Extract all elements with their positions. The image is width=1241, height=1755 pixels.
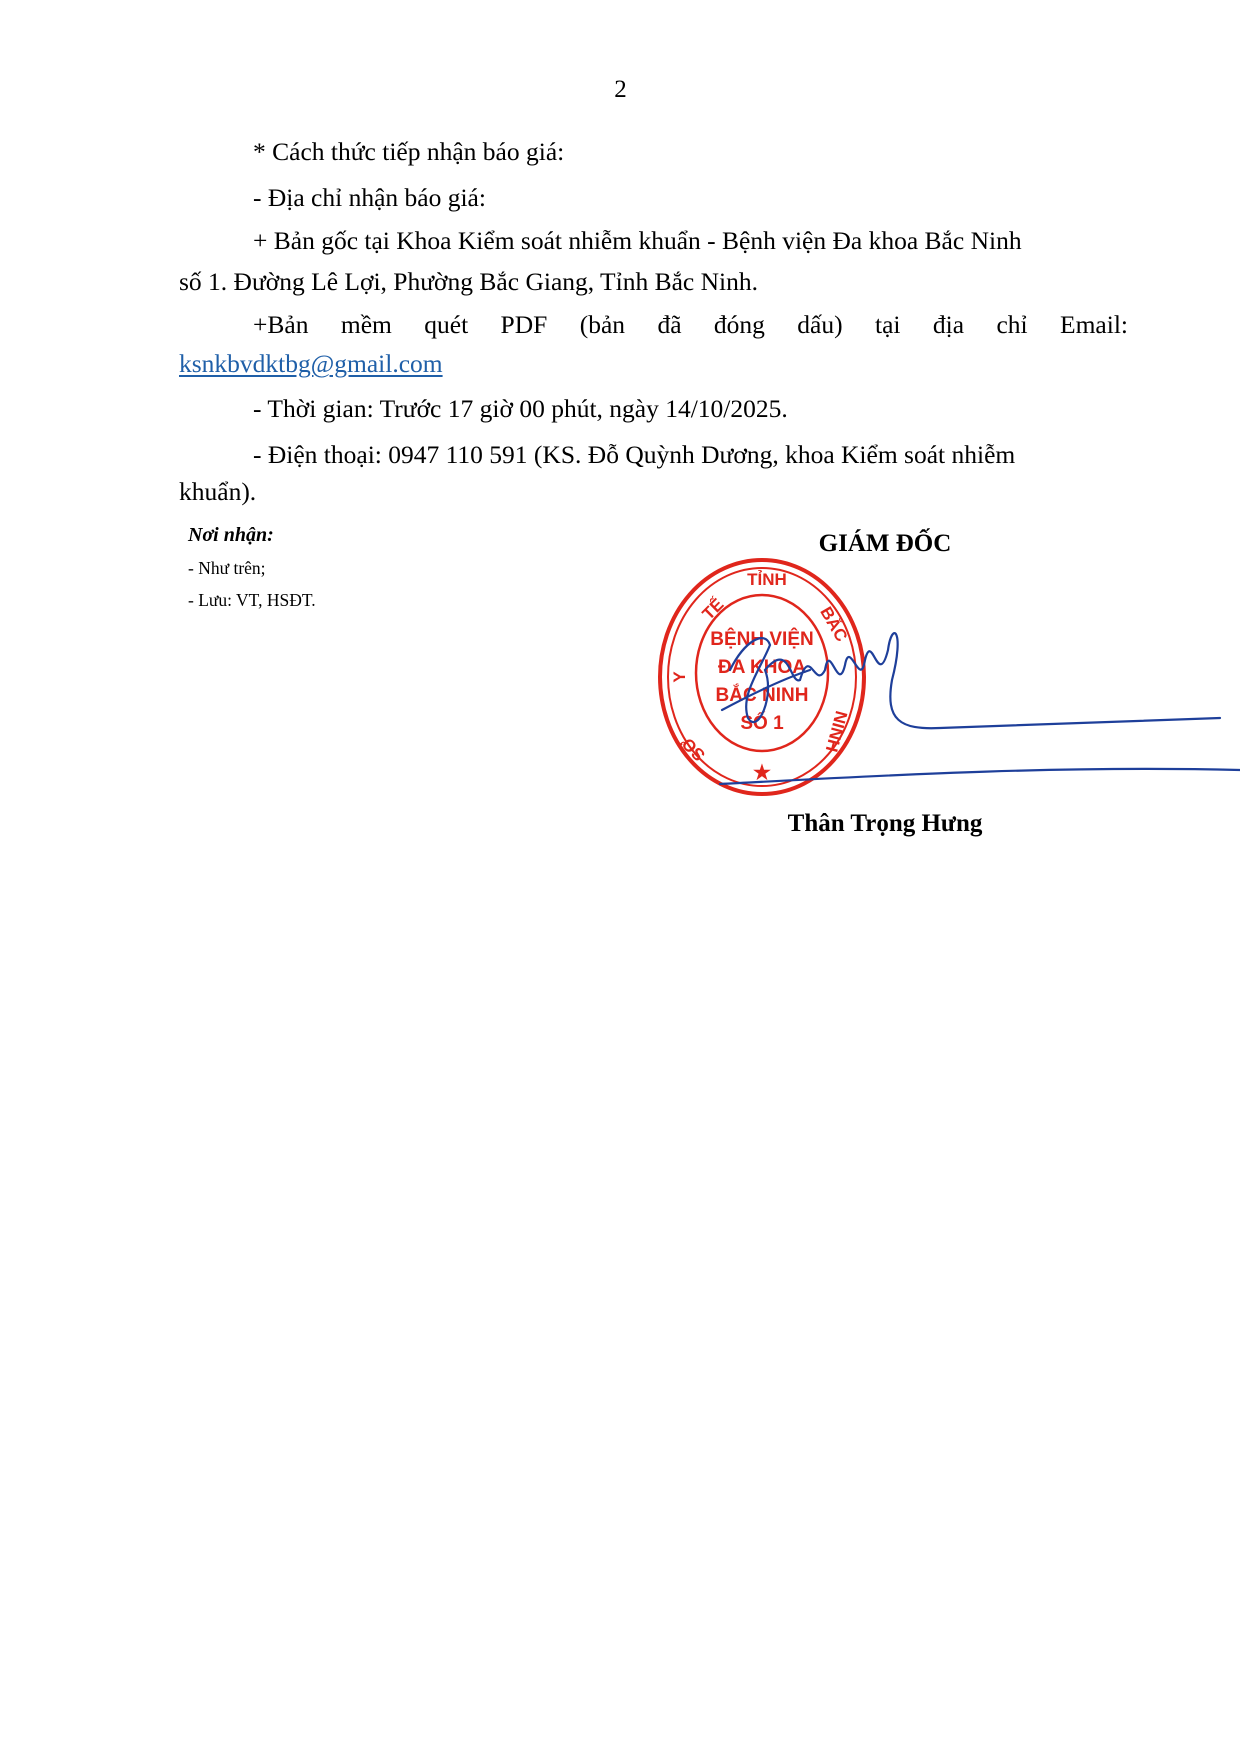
handwritten-signature	[640, 600, 1240, 800]
section-heading: * Cách thức tiếp nhận báo giá:	[179, 136, 1128, 168]
signer-title: GIÁM ĐỐC	[800, 530, 970, 558]
signer-name: Thân Trọng Hưng	[760, 810, 1010, 838]
address-label: - Địa chỉ nhận báo giá:	[179, 182, 1128, 214]
page-number: 2	[0, 76, 1241, 104]
original-copy-line-1: + Bản gốc tại Khoa Kiểm soát nhiễm khuẩn…	[179, 225, 1128, 257]
phone-line-2: khuẩn).	[179, 476, 1128, 508]
recipients-title: Nơi nhận:	[188, 524, 274, 547]
recipient-item: - Lưu: VT, HSĐT.	[188, 590, 316, 611]
soft-copy-line: +Bản mềm quét PDF (bản đã đóng dấu) tại …	[179, 309, 1128, 341]
original-copy-line-2: số 1. Đường Lê Lợi, Phường Bắc Giang, Tỉ…	[179, 266, 1128, 298]
recipient-item: - Như trên;	[188, 558, 266, 579]
email-link[interactable]: ksnkbvdktbg@gmail.com	[179, 349, 443, 378]
svg-text:TỈNH: TỈNH	[747, 570, 787, 589]
phone-line-1: - Điện thoại: 0947 110 591 (KS. Đỗ Quỳnh…	[179, 439, 1128, 471]
deadline-line: - Thời gian: Trước 17 giờ 00 phút, ngày …	[179, 393, 1128, 425]
